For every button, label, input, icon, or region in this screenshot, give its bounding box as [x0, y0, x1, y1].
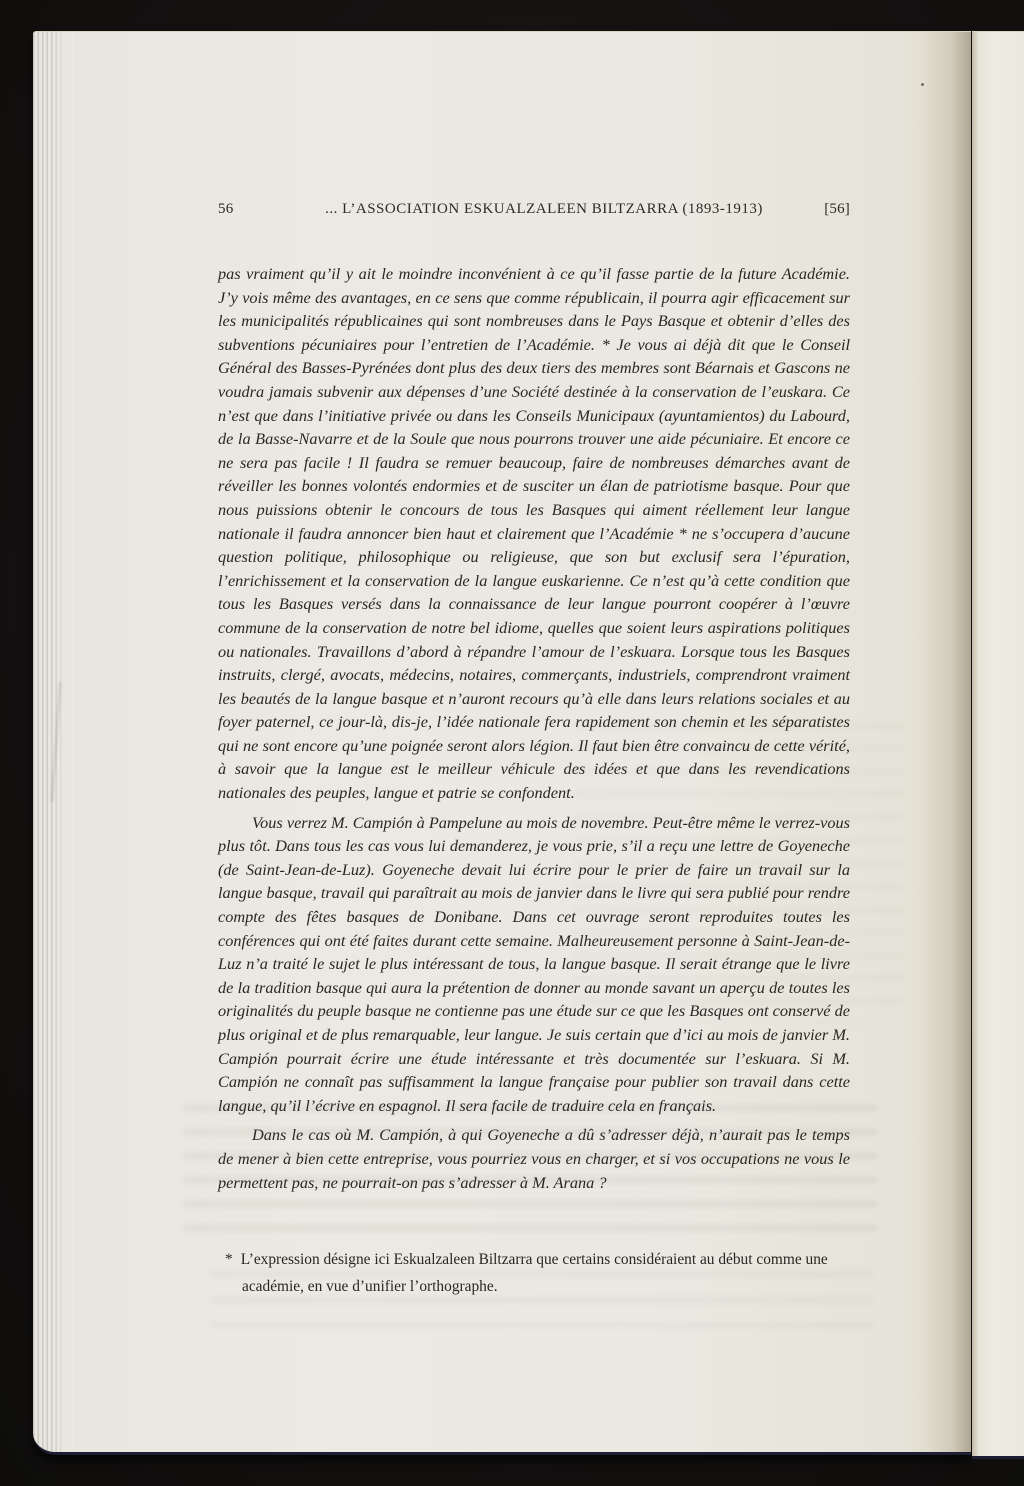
scan-background: 56 ... L’ASSOCIATION ESKUALZALEEN BILTZA… [0, 0, 1024, 1486]
paragraph-3: Dans le cas où M. Campión, à qui Goyenec… [218, 1123, 850, 1194]
footnote-marker: * [225, 1251, 233, 1268]
footnote-text: L’expression désigne ici Eskualzaleen Bi… [241, 1251, 828, 1295]
body-text: pas vraiment qu’il y ait le moindre inco… [218, 262, 850, 1194]
paragraph-2: Vous verrez M. Campión à Pampelune au mo… [218, 811, 850, 1118]
page-edge-fade [49, 32, 75, 1452]
page-reference: [56] [798, 201, 850, 218]
running-header: 56 ... L’ASSOCIATION ESKUALZALEEN BILTZA… [218, 201, 850, 218]
page-number: 56 [218, 201, 290, 218]
running-title: ... L’ASSOCIATION ESKUALZALEEN BILTZARRA… [290, 201, 798, 218]
paragraph-1: pas vraiment qu’il y ait le moindre inco… [218, 262, 850, 805]
gutter-shadow [923, 32, 971, 1452]
book-page: 56 ... L’ASSOCIATION ESKUALZALEEN BILTZA… [33, 31, 971, 1455]
facing-page-edge [972, 31, 1024, 1459]
footnote: *L’expression désigne ici Eskualzaleen B… [225, 1246, 868, 1300]
